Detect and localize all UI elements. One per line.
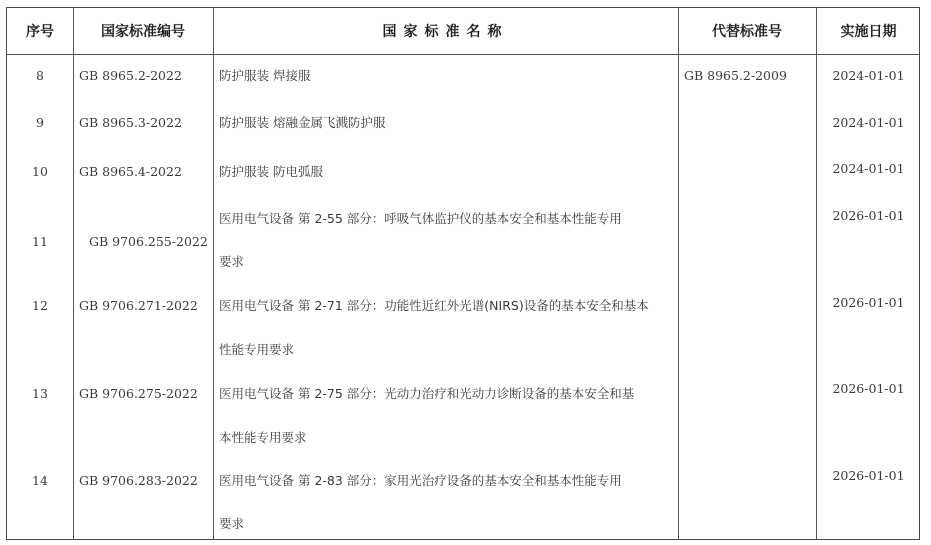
row-code: GB 8965.3-2022 [79,115,182,130]
header-divider [7,54,919,55]
row-name-line1: 医用电气设备 第 2-55 部分：呼吸气体监护仪的基本安全和基本性能专用 [219,200,622,237]
row-name-line1: 防护服装 防电弧服 [219,153,323,190]
header-code: 国家标准编号 [73,8,213,54]
row-date: 2026-01-01 [816,468,921,483]
row-name-line2: 性能专用要求 [219,331,294,368]
row-date: 2024-01-01 [816,68,921,83]
header-seq: 序号 [7,8,73,54]
column-divider [678,8,679,539]
row-name-line1: 医用电气设备 第 2-71 部分：功能性近红外光谱(NIRS)设备的基本安全和基… [219,287,649,324]
row-code: GB 9706.283-2022 [79,473,198,488]
row-code: GB 8965.4-2022 [79,164,182,179]
standards-table: 序号 国家标准编号 国家标准名称 代替标准号 实施日期 8 GB 8965.2-… [6,7,920,540]
row-date: 2024-01-01 [816,115,921,130]
header-date: 实施日期 [816,8,921,54]
row-name-line2: 要求 [219,243,244,280]
row-name-line2: 本性能专用要求 [219,419,307,456]
row-name-line1: 医用电气设备 第 2-75 部分：光动力治疗和光动力诊断设备的基本安全和基 [219,375,634,412]
row-code: GB 9706.275-2022 [79,386,198,401]
row-seq: 10 [7,164,73,179]
row-replaced: GB 8965.2-2009 [684,68,787,83]
row-date: 2026-01-01 [816,208,921,223]
row-name-line1: 医用电气设备 第 2-83 部分：家用光治疗设备的基本安全和基本性能专用 [219,462,622,499]
row-seq: 8 [7,68,73,83]
row-name-line2: 要求 [219,505,244,542]
header-replaced: 代替标准号 [678,8,816,54]
row-seq: 12 [7,298,73,313]
row-date: 2024-01-01 [816,161,921,176]
row-seq: 14 [7,473,73,488]
row-seq: 11 [7,234,73,249]
header-name: 国家标准名称 [213,8,678,54]
row-name-line1: 防护服装 熔融金属飞溅防护服 [219,104,385,141]
row-name-line1: 防护服装 焊接服 [219,57,310,94]
row-code: GB 9706.271-2022 [79,298,198,313]
row-date: 2026-01-01 [816,381,921,396]
column-divider [213,8,214,539]
column-divider [73,8,74,539]
row-code: GB 8965.2-2022 [79,68,182,83]
row-code: GB 9706.255-2022 [89,234,208,249]
row-seq: 13 [7,386,73,401]
row-date: 2026-01-01 [816,295,921,310]
row-seq: 9 [7,115,73,130]
column-divider [816,8,817,539]
